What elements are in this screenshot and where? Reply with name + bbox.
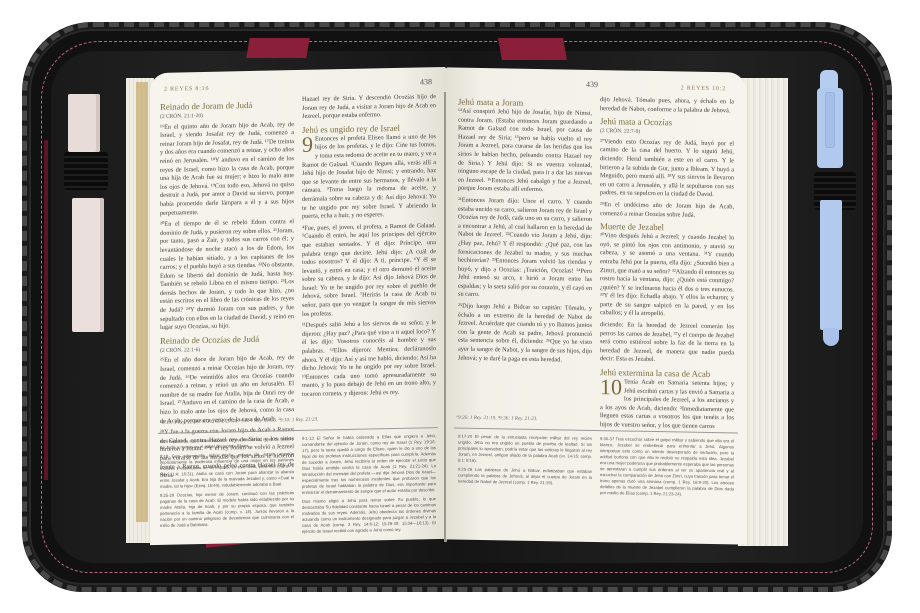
right-page: 439 2 REYES 10:2 Jehú mata a Joram ¹⁴Así… xyxy=(446,67,746,544)
verse-text: diciendo: En la heredad de Jezreel comer… xyxy=(600,321,734,366)
chapter-number: 9 xyxy=(302,135,313,153)
verse-text: ³⁰Vino después Jehú a Jezreel; y cuando … xyxy=(600,232,734,320)
page-number: 439 xyxy=(586,80,598,89)
study-notes: 9:17-20 El pesar de la entusiasta recepc… xyxy=(458,434,592,490)
verse-text: ¹¹Después salió Jehú a los siervos de su… xyxy=(302,319,436,399)
red-side-trim xyxy=(873,120,877,440)
study-note: 8:18 Esta información sobre Atalía, espo… xyxy=(160,451,294,490)
study-note: 8:16 A partir de aquí, la narración se c… xyxy=(160,436,294,451)
study-notes: 9:30-37 Tras escuchar sobre el golpe mil… xyxy=(600,436,734,501)
red-lining-accent xyxy=(246,38,310,58)
running-head: 2 REYES 8:16 xyxy=(164,86,209,93)
cross-reference: (2 CRÓN. 22:7-9) xyxy=(600,127,734,138)
verse-text: ²⁷Viendo esto Ocozías rey de Judá, huyó … xyxy=(600,138,734,200)
verse-text: ¹⁴Así conspiró Jehú hijo de Josafat, hij… xyxy=(458,108,592,196)
study-note: 9:1-13 El Señor le había ordenado a Elía… xyxy=(302,433,436,496)
cross-reference: (2 CRÓN. 22:1-6) xyxy=(160,344,294,355)
elastic-pen-loop xyxy=(64,152,108,190)
red-lining-accent xyxy=(498,38,567,60)
right-pen-body[interactable] xyxy=(820,200,842,330)
verse-text: dijo Jehová. Tómalo pues, ahora, y échal… xyxy=(600,96,734,116)
page-number: 438 xyxy=(420,77,432,86)
text-column: dijo Jehová. Tómalo pues, ahora, y échal… xyxy=(600,96,734,435)
study-note: Dios mismo eligió a Jehú para reinar sob… xyxy=(302,496,436,535)
study-note: 9:30-37 Tras escuchar sobre el golpe mil… xyxy=(600,436,734,498)
verse-text: ⁴Fue, pues, el joven, el profeta, a Ramo… xyxy=(302,222,436,319)
verse-text: ²¹Entonces Joram dijo: Unce el carro. Y … xyxy=(458,197,592,302)
verse-text: ²⁵Dijo luego Jehú a Bidcar su capitán: T… xyxy=(458,303,592,365)
study-notes: 9:1-13 El Señor le había ordenado a Elía… xyxy=(302,433,436,538)
study-note: 9:17-20 El pesar de la entusiasta recepc… xyxy=(458,434,592,466)
chapter-number: 10 xyxy=(600,378,622,396)
right-pen-tip xyxy=(823,328,839,346)
left-pen-cap[interactable] xyxy=(68,94,100,152)
left-page: 2 REYES 8:16 438 Reinado de Joram de Jud… xyxy=(150,67,446,545)
study-note: 8:25-29 Ocozías, hijo menor de Joram, co… xyxy=(160,490,294,529)
pen-clip xyxy=(825,92,835,148)
gilt-edge xyxy=(136,82,148,522)
verse-text: ²⁹En el undécimo año de Joram hijo de Ac… xyxy=(600,201,734,221)
verse-text: 9Entonces el profeta Eliseo llamó a uno … xyxy=(302,133,436,222)
study-note: 9:25-26 Las palabras de Jehú a Bidcar en… xyxy=(458,467,592,487)
running-head: 2 REYES 10:2 xyxy=(681,85,726,92)
text-column: Hazael rey de Siria. Y descendió Ocozías… xyxy=(302,93,436,402)
text-column: Jehú mata a Joram ¹⁴Así conspiró Jehú hi… xyxy=(458,94,592,369)
text-column: Reinado de Joram de Judá (2 CRÓN. 21:1-2… xyxy=(160,96,294,484)
cross-reference: (2 CRÓN. 21:1-20) xyxy=(160,110,294,121)
verse-text: ²⁰En el tiempo de él se rebeló Edom cont… xyxy=(160,218,294,333)
study-notes: 8:16 A partir de aquí, la narración se c… xyxy=(160,436,294,532)
verse-text: ²⁵En el año doce de Joram hijo de Acab, … xyxy=(160,355,294,427)
red-side-trim xyxy=(44,140,48,480)
footnote-references: ᵃ9:26: 1 Rey. 21:19. ᵇ9:36: 1 Rey. 21:23… xyxy=(456,416,538,422)
verse-text: 10Tenía Acab en Samaria setenta hijos; y… xyxy=(600,378,734,432)
verse-text: ¹⁶En el quinto año de Joram hijo de Acab… xyxy=(160,121,294,218)
left-pen-body[interactable] xyxy=(72,198,104,332)
verse-text: Hazael rey de Siria. Y descendió Ocozías… xyxy=(302,93,436,122)
